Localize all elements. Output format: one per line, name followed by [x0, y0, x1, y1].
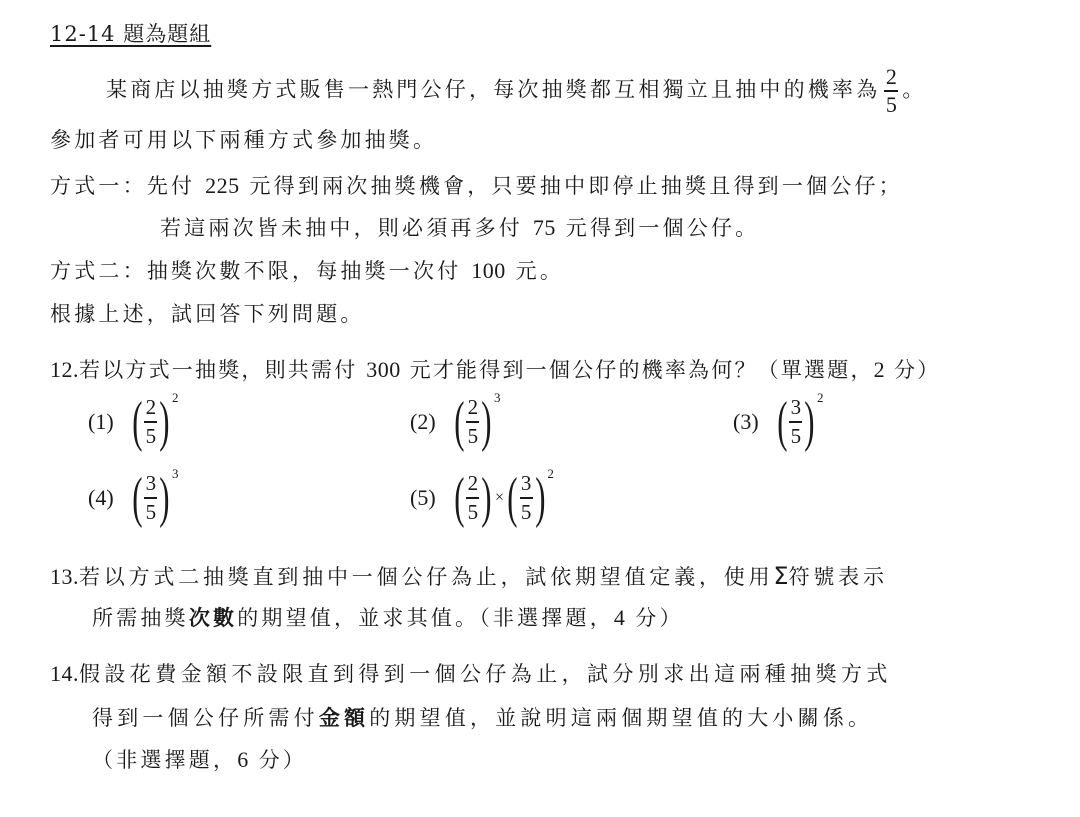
question-13: 13.若以方式二抽獎直到抽中一個公仔為止，試依期望值定義，使用Σ符號表示	[50, 562, 888, 591]
fraction-denominator: 5	[468, 426, 479, 447]
fraction-numerator: 3	[521, 473, 532, 494]
question-14-score: 6	[237, 747, 249, 772]
option-3[interactable]: (3) (35)2	[733, 394, 823, 450]
method-1-cont-text: 若這兩次皆未抽中，則必須再多付	[160, 216, 533, 240]
method-1-cont-rest: 元得到一個公仔。	[556, 216, 759, 240]
question-14: 14.假設花費金額不設限直到得到一個公仔為止，試分別求出這兩種抽獎方式	[50, 660, 892, 688]
question-number: 12.	[50, 357, 79, 382]
exponent: 2	[547, 466, 554, 482]
fraction-numerator: 3	[146, 473, 157, 494]
question-12: 12.若以方式一抽獎，則共需付 300 元才能得到一個公仔的機率為何？（單選題，…	[50, 356, 940, 384]
left-paren: (	[454, 394, 464, 450]
times-operator: ×	[495, 489, 504, 507]
option-label: (1)	[88, 409, 114, 435]
option-4[interactable]: (4) (35)3	[88, 470, 178, 526]
question-number: 14.	[50, 661, 79, 686]
question-12-amount: 300	[366, 357, 401, 382]
question-13-score: 4	[614, 605, 626, 630]
option-label: (3)	[733, 409, 759, 435]
fraction-numerator: 2	[468, 397, 479, 418]
question-12-score: 2	[874, 357, 886, 382]
sigma-symbol: Σ	[773, 562, 788, 590]
exponent: 3	[494, 390, 501, 406]
question-14-line-3: （非選擇題，6 分）	[92, 746, 307, 774]
fraction-numerator: 3	[791, 397, 802, 418]
intro-line-2: 參加者可用以下兩種方式參加抽獎。	[50, 126, 437, 154]
question-14-end: 分）	[249, 748, 307, 772]
option-label: (2)	[410, 409, 436, 435]
intro-line-1: 某商店以抽獎方式販售一熱門公仔，每次抽獎都互相獨立且抽中的機率為25。	[106, 66, 927, 116]
instruction: 根據上述，試回答下列問題。	[50, 300, 365, 328]
question-12-text-rest: 元才能得到一個公仔的機率為何？（單選題，	[401, 358, 874, 382]
right-paren: )	[160, 394, 170, 450]
fraction-bar	[789, 421, 802, 423]
option-fraction-first: 25	[466, 473, 479, 523]
method-2: 方式二：抽獎次數不限，每抽獎一次付 100 元。	[50, 257, 564, 285]
option-fraction: 35	[789, 397, 802, 447]
fraction-denominator: 5	[521, 502, 532, 523]
method-1-extra-price: 75	[533, 215, 556, 240]
fraction-bar	[144, 421, 157, 423]
left-paren: (	[454, 470, 464, 526]
question-13-end: 分）	[625, 606, 683, 630]
method-2-price: 100	[471, 258, 506, 283]
emphasis-amount: 金額	[319, 705, 369, 730]
probability-fraction: 25	[884, 66, 898, 116]
method-1-text: 先付	[147, 174, 205, 198]
fraction-numerator: 2	[886, 66, 897, 88]
fraction-denominator: 5	[146, 502, 157, 523]
right-paren: )	[535, 470, 545, 526]
period: 。	[902, 77, 926, 101]
method-1-text-rest: 元得到兩次抽獎機會，只要抽中即停止抽獎且得到一個公仔；	[240, 174, 903, 198]
option-5[interactable]: (5) (25)×(35)2	[410, 470, 554, 526]
option-label: (5)	[410, 485, 436, 511]
option-2[interactable]: (2) (25)3	[410, 394, 500, 450]
question-14-text-rest: 的期望值，並說明這兩個期望值的大小關係。	[369, 706, 873, 730]
question-14-type: （非選擇題，	[92, 748, 237, 772]
emphasis-count: 次數	[189, 605, 237, 630]
option-fraction: 35	[144, 473, 157, 523]
method-2-label: 方式二：	[50, 259, 147, 283]
left-paren: (	[777, 394, 787, 450]
question-13-text: 所需抽獎	[92, 606, 189, 630]
option-fraction: 25	[144, 397, 157, 447]
fraction-numerator: 2	[146, 397, 157, 418]
question-12-text: 若以方式一抽獎，則共需付	[79, 358, 366, 382]
option-fraction-second: 35	[520, 473, 533, 523]
left-paren: (	[132, 394, 142, 450]
question-14-text: 假設花費金額不設限直到得到一個公仔為止，試分別求出這兩種抽獎方式	[79, 662, 892, 686]
method-1-price: 225	[205, 173, 240, 198]
question-13-text-rest: 的期望值，並求其值。（非選擇題，	[237, 606, 614, 630]
exponent: 3	[172, 466, 179, 482]
question-14-line-2: 得到一個公仔所需付金額的期望值，並說明這兩個期望值的大小關係。	[92, 704, 873, 732]
method-1: 方式一：先付 225 元得到兩次抽獎機會，只要抽中即停止抽獎且得到一個公仔；	[50, 172, 903, 200]
right-paren: )	[805, 394, 815, 450]
question-number: 13.	[50, 564, 79, 589]
fraction-bar	[466, 421, 479, 423]
option-1[interactable]: (1) (25)2	[88, 394, 178, 450]
exponent: 2	[817, 390, 824, 406]
question-13-text-after: 符號表示	[789, 565, 888, 589]
option-fraction: 25	[466, 397, 479, 447]
left-paren: (	[132, 470, 142, 526]
fraction-numerator: 2	[468, 473, 479, 494]
exponent: 2	[172, 390, 179, 406]
question-13-line-2: 所需抽獎次數的期望值，並求其值。（非選擇題，4 分）	[92, 604, 684, 632]
right-paren: )	[482, 470, 492, 526]
right-paren: )	[482, 394, 492, 450]
question-14-text: 得到一個公仔所需付	[92, 706, 319, 730]
fraction-denominator: 5	[886, 94, 897, 116]
intro-text: 某商店以抽獎方式販售一熱門公仔，每次抽獎都互相獨立且抽中的機率為	[106, 77, 880, 101]
fraction-bar	[466, 497, 479, 499]
left-paren: (	[507, 470, 517, 526]
method-1-continued: 若這兩次皆未抽中，則必須再多付 75 元得到一個公仔。	[160, 214, 759, 242]
fraction-bar	[144, 497, 157, 499]
method-2-text-rest: 元。	[506, 259, 564, 283]
fraction-bar	[520, 497, 533, 499]
fraction-denominator: 5	[468, 502, 479, 523]
fraction-denominator: 5	[146, 426, 157, 447]
question-12-end: 分）	[885, 358, 940, 382]
question-13-text: 若以方式二抽獎直到抽中一個公仔為止，試依期望值定義，使用	[79, 565, 773, 589]
question-group-title: 12-14 題為題組	[50, 20, 211, 48]
method-2-text: 抽獎次數不限，每抽獎一次付	[147, 259, 471, 283]
method-1-label: 方式一：	[50, 174, 147, 198]
right-paren: )	[160, 470, 170, 526]
fraction-denominator: 5	[791, 426, 802, 447]
option-label: (4)	[88, 485, 114, 511]
